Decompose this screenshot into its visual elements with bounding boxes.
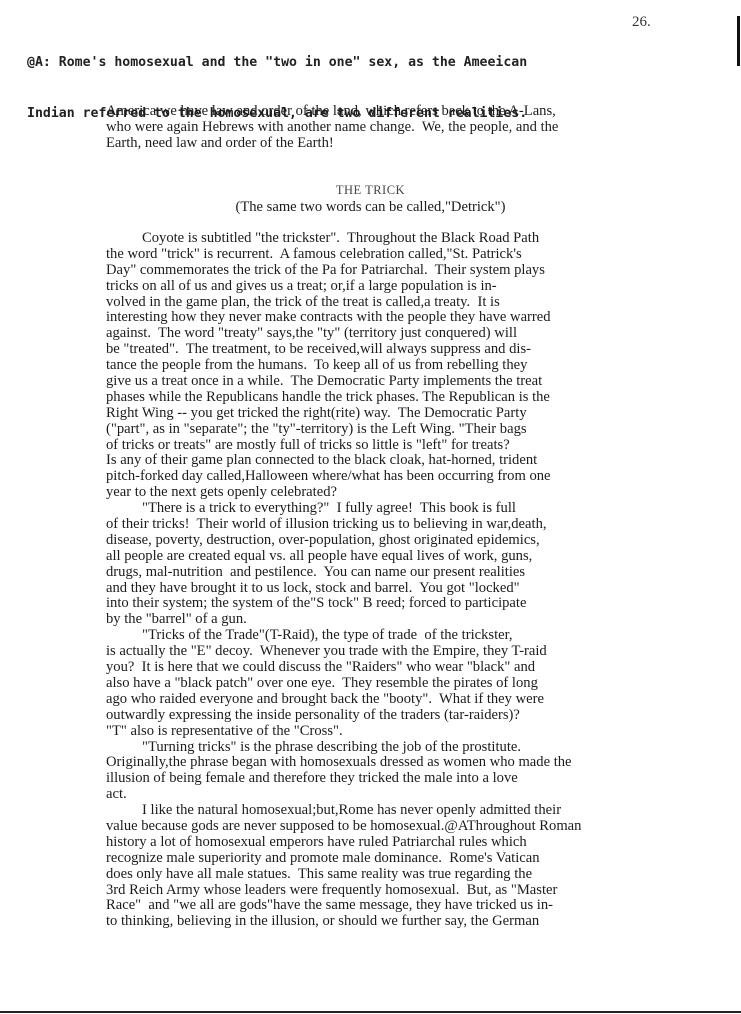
body-line: ago who raided everyone and brought back… (106, 692, 706, 708)
intro-line: who were again Hebrews with another name… (106, 120, 706, 136)
intro-paragraph: America we have law and order of the lan… (106, 104, 706, 152)
body-line: volved in the game plan, the trick of th… (106, 295, 706, 311)
body-line: give us a treat once in a while. The Dem… (106, 374, 706, 390)
body-line: Race" and "we all are gods"have the same… (106, 898, 706, 914)
body-line: tricks on all of us and gives us a treat… (106, 279, 706, 295)
body-line: act. (106, 787, 706, 803)
body-line: interesting how they never make contract… (106, 310, 706, 326)
body-line: history a lot of homosexual emperors hav… (106, 835, 706, 851)
body-line: value because gods are never supposed to… (106, 819, 706, 835)
body-line: "Turning tricks" is the phrase describin… (106, 740, 706, 756)
body-line: illusion of being female and therefore t… (106, 771, 706, 787)
body-line: "Tricks of the Trade"(T-Raid), the type … (106, 628, 706, 644)
body-line: ("part", as in "separate"; the "ty"-terr… (106, 422, 706, 438)
body-line: I like the natural homosexual;but,Rome h… (106, 803, 706, 819)
body-line: phases while the Republicans handle the … (106, 390, 706, 406)
body-line: Is any of their game plan connected to t… (106, 453, 706, 469)
body-line: Right Wing -- you get tricked the right(… (106, 406, 706, 422)
body-line: Coyote is subtitled "the trickster". Thr… (106, 231, 706, 247)
body-line: of their tricks! Their world of illusion… (106, 517, 706, 533)
page-number: 26. (632, 14, 651, 31)
footnote-line-1: @A: Rome's homosexual and the "two in on… (27, 54, 627, 71)
body-line: tance the people from the humans. To kee… (106, 358, 706, 374)
body-line: 3rd Reich Army whose leaders were freque… (106, 883, 706, 899)
body-line: all people are created equal vs. all peo… (106, 549, 706, 565)
body-line: does only have all male statues. This sa… (106, 867, 706, 883)
section-title: THE TRICK (0, 183, 741, 198)
body-line: against. The word "treaty" says,the "ty"… (106, 326, 706, 342)
body-line: and they have brought it to us lock, sto… (106, 581, 706, 597)
body-line: Originally,the phrase began with homosex… (106, 755, 706, 771)
scan-bottom-edge (0, 1011, 741, 1013)
intro-line: America we have law and order of the lan… (106, 104, 706, 120)
document-page: @A: Rome's homosexual and the "two in on… (0, 0, 741, 1014)
body-line: is actually the "E" decoy. Whenever you … (106, 644, 706, 660)
body-line: into their system; the system of the"S t… (106, 596, 706, 612)
intro-line: Earth, need law and order of the Earth! (106, 136, 706, 152)
body-line: "There is a trick to everything?" I full… (106, 501, 706, 517)
body-line: be "treated". The treatment, to be recei… (106, 342, 706, 358)
body-line: outwardly expressing the inside personal… (106, 708, 706, 724)
body-line: year to the next gets openly celebrated? (106, 485, 706, 501)
body-line: the word "trick" is recurrent. A famous … (106, 247, 706, 263)
body-line: to thinking, believing in the illusion, … (106, 914, 706, 930)
scan-edge-mark (737, 16, 740, 66)
body-line: disease, poverty, destruction, over-popu… (106, 533, 706, 549)
section-subtitle: (The same two words can be called,"Detri… (0, 199, 741, 216)
body-text: Coyote is subtitled "the trickster". Thr… (106, 231, 706, 930)
body-line: of tricks or treats" are mostly full of … (106, 438, 706, 454)
body-line: pitch-forked day called,Halloween where/… (106, 469, 706, 485)
body-line: recognize male superiority and promote m… (106, 851, 706, 867)
body-line: you? It is here that we could discuss th… (106, 660, 706, 676)
body-line: by the "barrel" of a gun. (106, 612, 706, 628)
body-line: also have a "black patch" over one eye. … (106, 676, 706, 692)
body-line: Day" commemorates the trick of the Pa fo… (106, 263, 706, 279)
body-line: "T" also is representative of the "Cross… (106, 724, 706, 740)
body-line: drugs, mal-nutrition and pestilence. You… (106, 565, 706, 581)
